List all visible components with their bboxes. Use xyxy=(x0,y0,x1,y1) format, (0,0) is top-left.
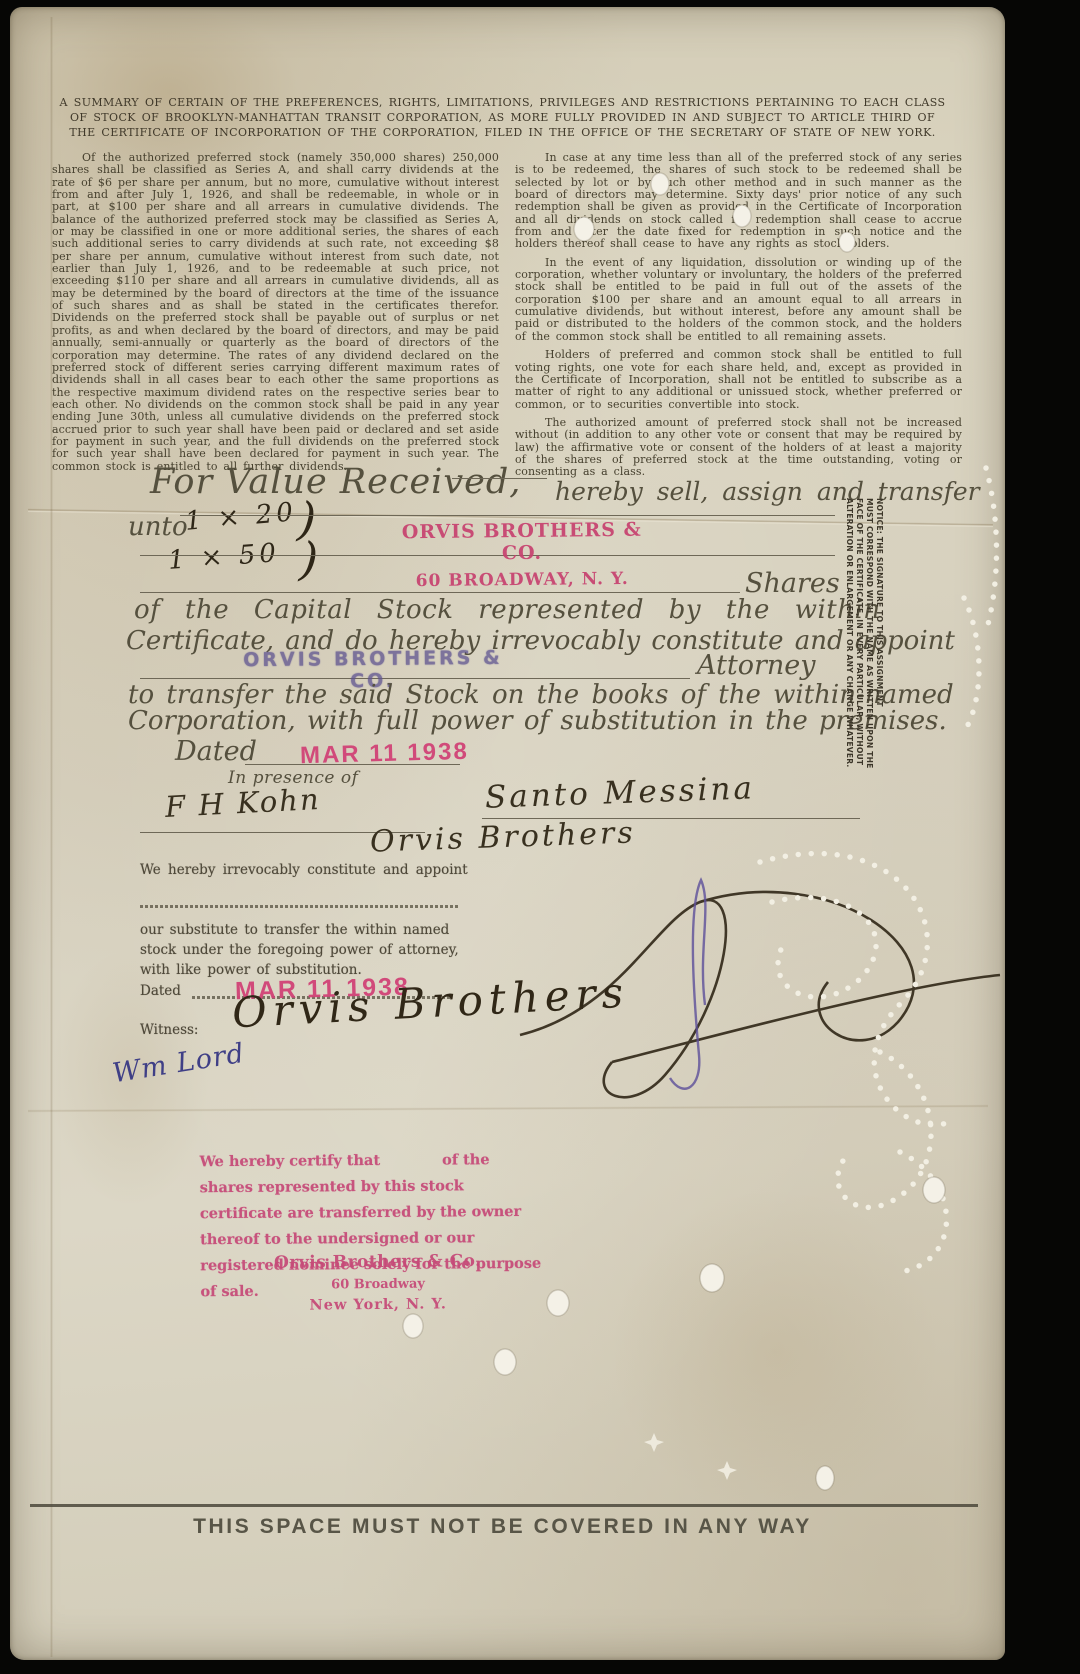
summary-header: A SUMMARY OF CERTAIN OF THE PREFERENCES,… xyxy=(55,95,950,140)
sell-assign-transfer-text: hereby sell, assign and transfer xyxy=(555,477,980,506)
firm-address-city: New York, N. Y. xyxy=(228,1295,528,1315)
firm-name: Orvis Brothers & Co. xyxy=(228,1251,528,1274)
certification-intro: We hereby certify that xyxy=(199,1152,380,1170)
capital-stock-line: of the Capital Stock represented by the … xyxy=(134,595,881,625)
orvis-brothers-red-stamp: ORVIS BROTHERS & CO. 60 BROADWAY, N. Y. xyxy=(392,519,653,592)
dated-label: Dated xyxy=(175,736,257,767)
legal-text-columns: Of the authorized preferred stock (namel… xyxy=(52,152,962,485)
signature-notice-rotated: NOTICE: THE SIGNATURE TO THIS ASSIGNMENT… xyxy=(842,498,884,786)
notice-line: NOTICE: THE SIGNATURE TO THIS ASSIGNMENT xyxy=(874,498,884,786)
notice-line: MUST CORRESPOND WITH THE NAME AS WRITTEN… xyxy=(864,498,874,786)
footer-notice: THIS SPACE MUST NOT BE COVERED IN ANY WA… xyxy=(55,1515,950,1539)
paper-stain xyxy=(610,1187,940,1517)
constitute-appoint-typed-line: We hereby irrevocably constitute and app… xyxy=(140,862,468,878)
legal-paragraph: Holders of preferred and common stock sh… xyxy=(515,349,962,411)
attorney-label: Attorney xyxy=(697,650,816,681)
certification-firm-stamp: Orvis Brothers & Co. 60 Broadway New Yor… xyxy=(228,1251,529,1315)
firm-address-street: 60 Broadway xyxy=(228,1276,528,1294)
stock-certificate-back-scan: A SUMMARY OF CERTAIN OF THE PREFERENCES,… xyxy=(0,0,1080,1674)
unto-label: unto xyxy=(128,512,188,542)
footer-rule xyxy=(30,1504,978,1507)
unto-line xyxy=(180,515,835,516)
broker-stamp-name: ORVIS BROTHERS & CO. xyxy=(392,519,652,566)
substitute-blank-line xyxy=(140,905,460,908)
date-stamp-mar-11-1938: MAR 11 1938 xyxy=(300,738,469,770)
notice-line: FACE OF THE CERTIFICATE, IN EVERY PARTIC… xyxy=(854,498,864,786)
legal-paragraph: In the event of any liquidation, dissolu… xyxy=(515,257,962,343)
for-value-received-text: For Value Received, xyxy=(150,462,521,502)
dated-label-lower: Dated xyxy=(140,983,181,999)
blank-line xyxy=(452,478,547,479)
full-power-line: Corporation, with full power of substitu… xyxy=(128,706,947,736)
horizontal-fold-crease-lower xyxy=(28,1104,988,1112)
handwritten-brace: ) xyxy=(298,531,320,586)
substitute-text: our substitute to transfer the within na… xyxy=(140,920,470,980)
legal-column-left: Of the authorized preferred stock (namel… xyxy=(52,152,499,485)
legal-paragraph: Of the authorized preferred stock (namel… xyxy=(52,152,499,473)
shares-line xyxy=(140,592,740,593)
legal-paragraph: The authorized amount of preferred stock… xyxy=(515,417,962,479)
notice-line: ALTERATION OR ENLARGEMENT OR ANY CHANGE … xyxy=(844,498,854,786)
legal-paragraph: In case at any time less than all of the… xyxy=(515,152,962,251)
broker-stamp-address: 60 BROADWAY, N. Y. xyxy=(392,569,652,592)
witness-label: Witness: xyxy=(140,1022,198,1038)
legal-column-right: In case at any time less than all of the… xyxy=(515,152,962,485)
